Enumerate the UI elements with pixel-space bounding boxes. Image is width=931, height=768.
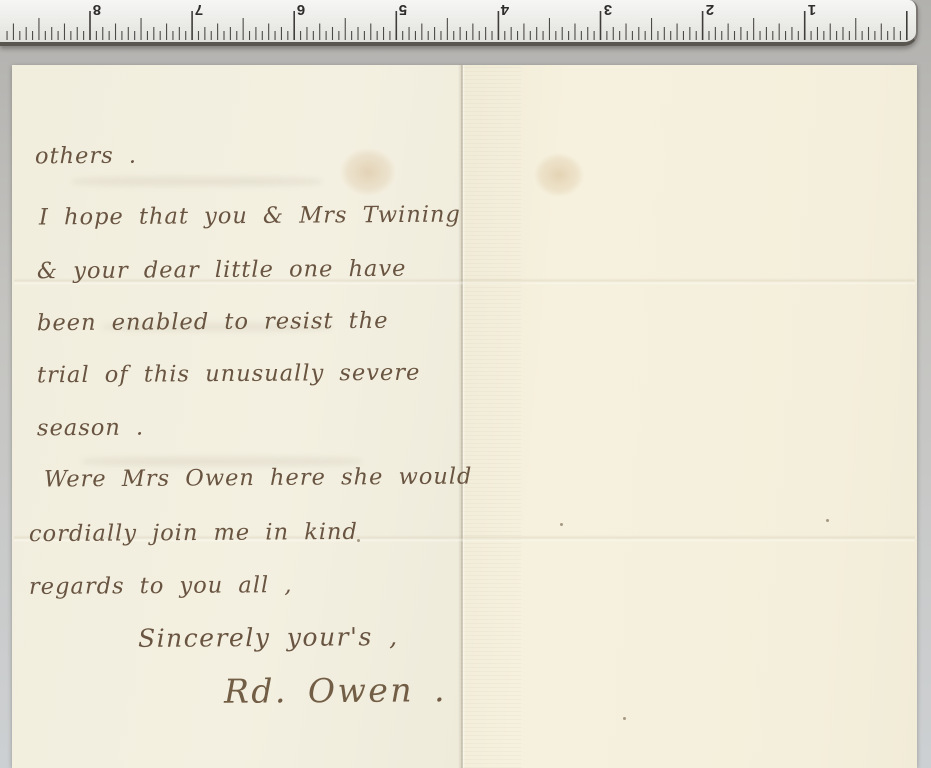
letter-line: been enabled to resist the [37,308,389,336]
letter-line: trial of this unusually severe [37,360,421,389]
foxing-stain-right-page [534,153,584,197]
letter-signature: Rd. Owen . [224,670,447,711]
ruler-label-7: 7 [190,1,208,18]
ruler-label-3: 3 [599,1,617,18]
foxing-stain-left-page [340,148,396,196]
letter-line: cordially join me in kind [29,519,358,547]
ruler: 8 7 6 5 4 3 2 1 [0,0,918,46]
letter-sheet: others . I hope that you & Mrs Twining &… [12,65,917,768]
ruler-label-2: 2 [701,1,719,18]
letter-line: others . [35,143,137,170]
ruler-label-6: 6 [292,1,310,18]
ruler-label-5: 5 [394,1,412,18]
ruler-label-8: 8 [88,1,106,18]
scanned-letter-scene: 8 7 6 5 4 3 2 1 others . I hope that you… [0,0,931,768]
letter-page-right [461,65,917,768]
ink-speck [826,519,829,522]
ink-speck [560,523,563,526]
ruler-ticks-svg [0,0,916,42]
letter-line: regards to you all , [29,572,293,600]
ink-speck [623,717,626,720]
letter-line: season . [37,415,144,442]
bleed-through-smudge [72,177,322,186]
letter-line: I hope that you & Mrs Twining [39,202,461,231]
center-fold [458,65,465,768]
ruler-label-1: 1 [803,1,821,18]
letter-line: Were Mrs Owen here she would [44,464,473,493]
letter-line: & your dear little one have [37,256,407,285]
ruler-label-4: 4 [496,1,514,18]
letter-closing: Sincerely your's , [138,622,399,653]
